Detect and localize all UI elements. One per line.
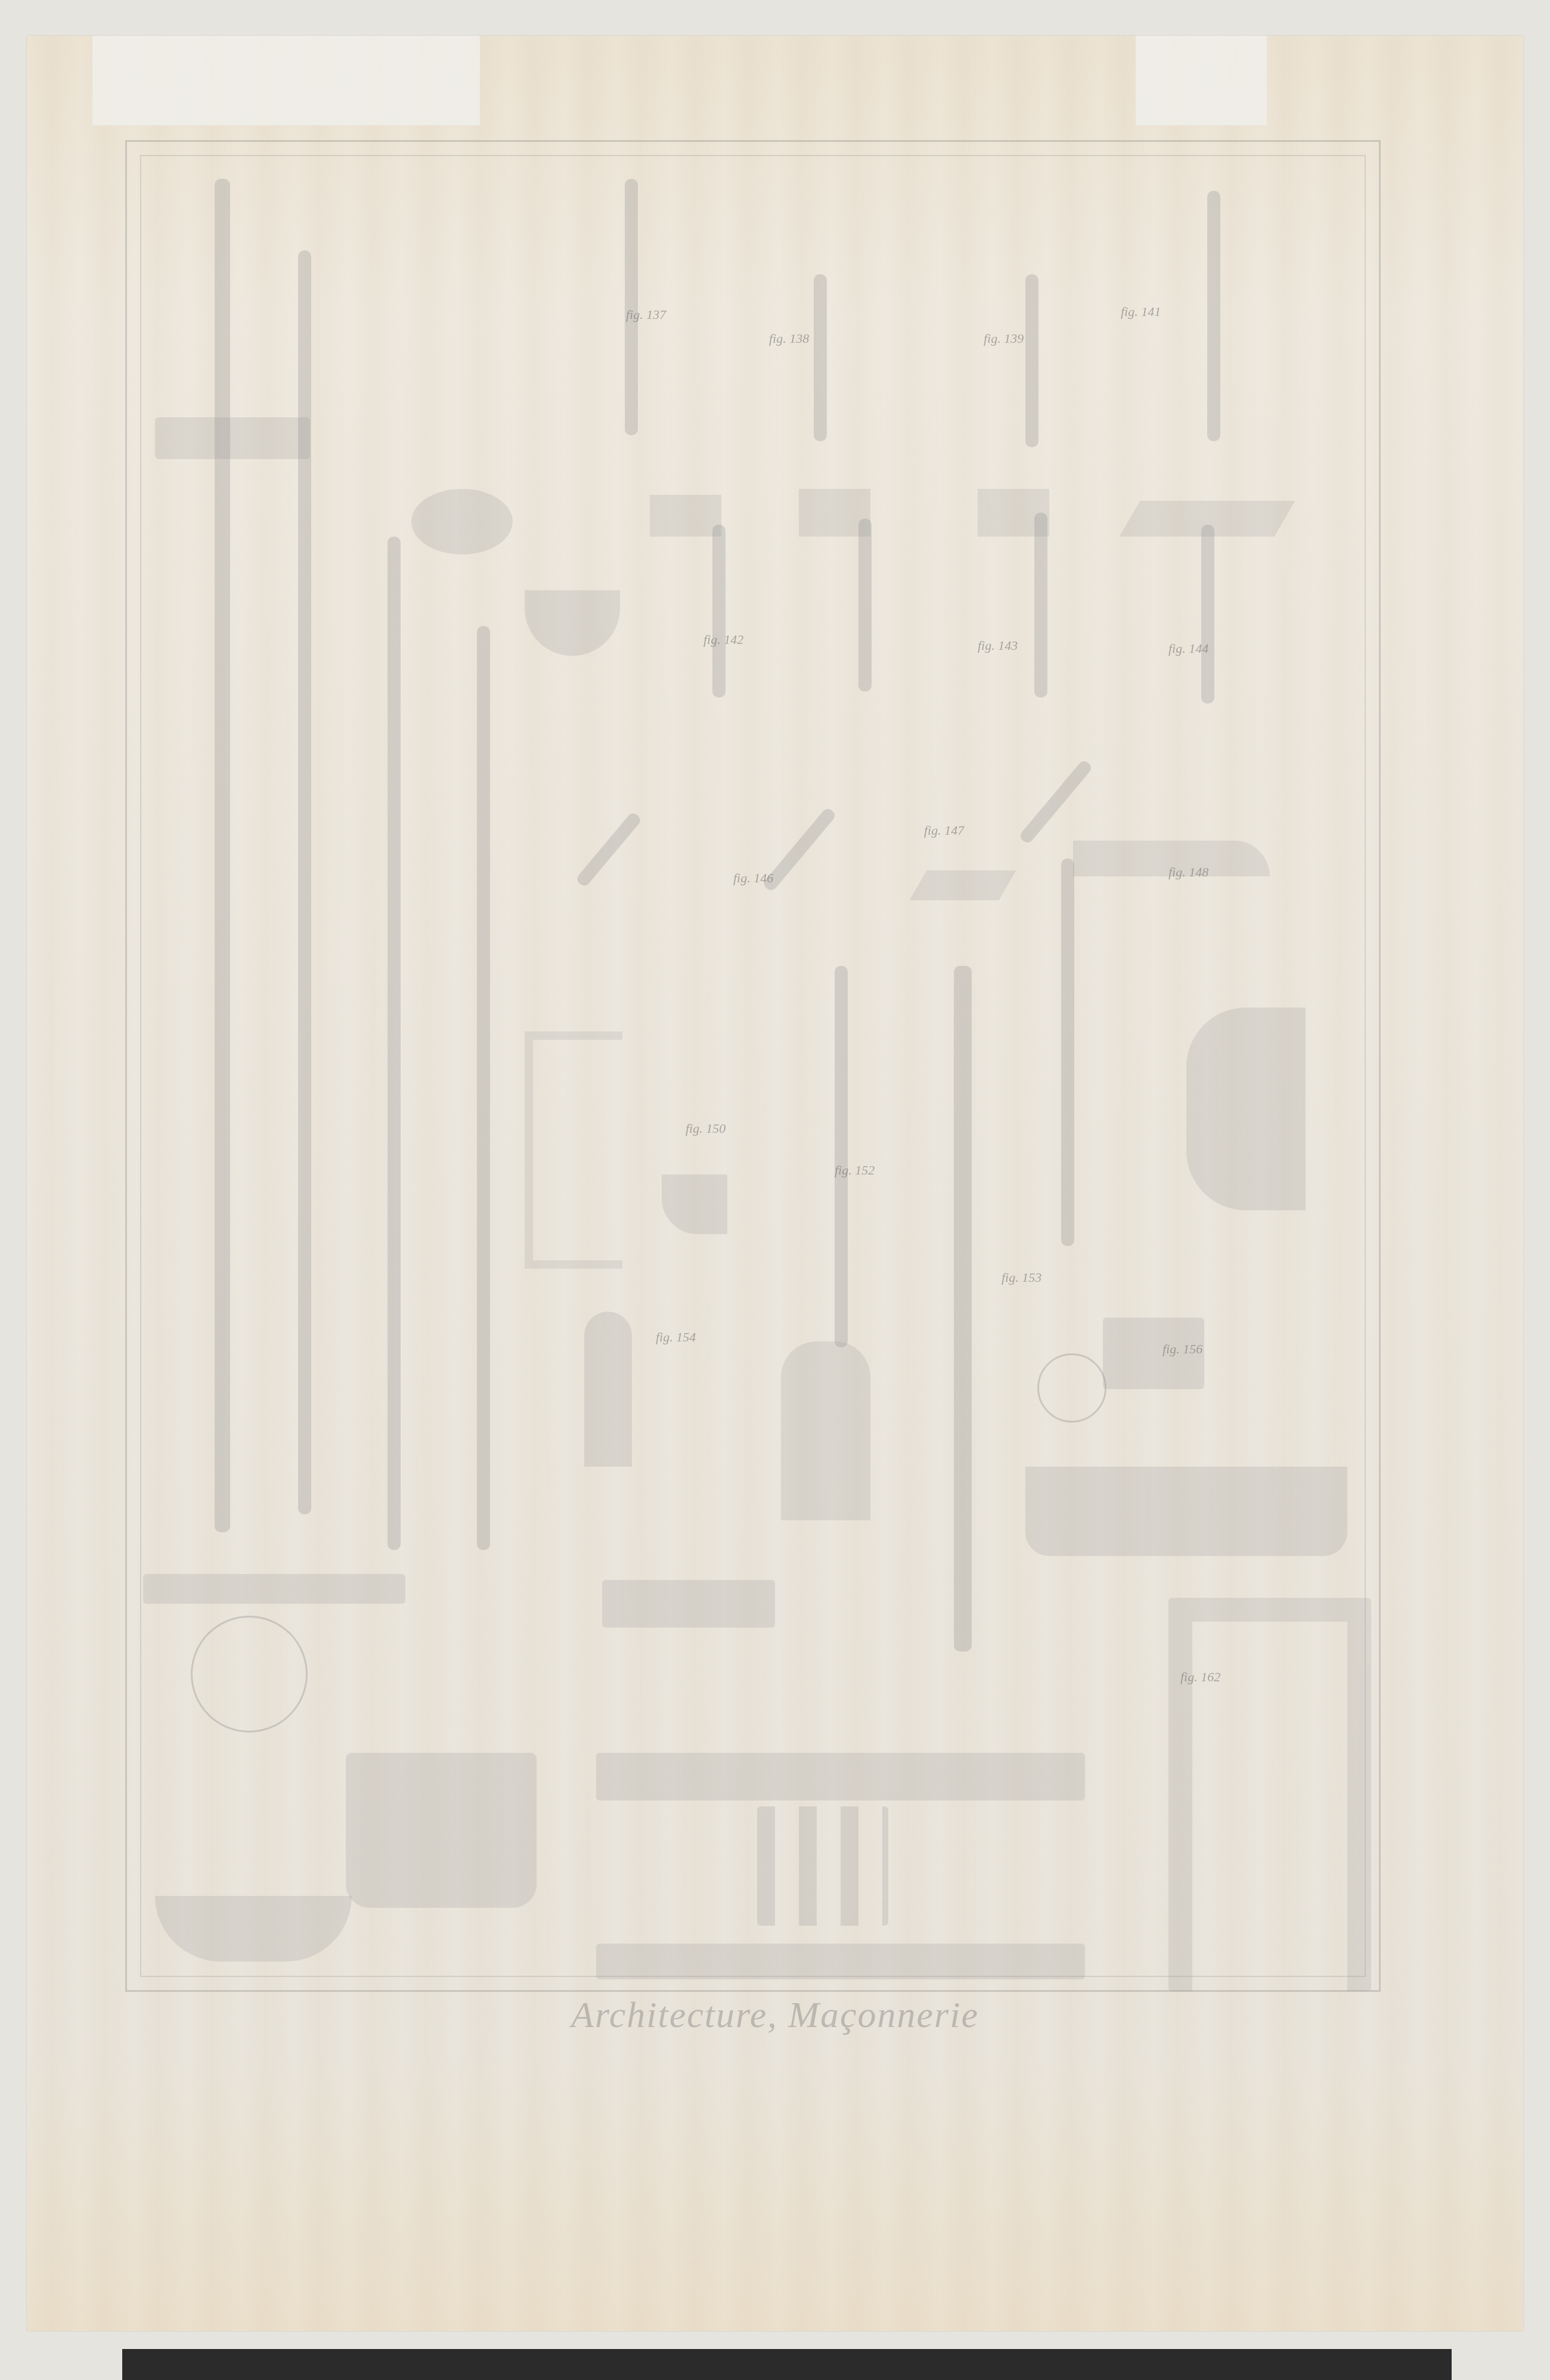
figure-label: fig. 141	[1121, 304, 1161, 320]
tool-trowel-2	[1025, 274, 1038, 447]
tool-axe	[584, 1312, 632, 1467]
tool-door-frame	[1168, 1598, 1371, 1991]
tool-hand-barrow	[596, 1753, 1085, 1801]
tool-hawk-4-handle	[1201, 525, 1214, 704]
figure-label: fig. 156	[1162, 1341, 1202, 1357]
tool-long-rod-3	[477, 626, 490, 1550]
figure-label: fig. 138	[769, 331, 809, 346]
figure-label: fig. 137	[626, 307, 666, 323]
figure-label: fig. 148	[1168, 864, 1208, 880]
cart-wheel	[191, 1616, 308, 1733]
figure-label: fig. 142	[703, 632, 743, 647]
plate-caption: Architecture, Maçonnerie	[0, 1994, 1550, 2037]
figure-label: fig. 152	[835, 1163, 875, 1178]
tool-pickaxe-handle	[1061, 859, 1074, 1246]
figure-label: fig. 147	[924, 823, 964, 838]
tool-hand-barrow-lower	[596, 1944, 1085, 1979]
tool-trowel-flat	[602, 1580, 775, 1628]
tool-hammer-head	[155, 417, 310, 459]
figure-label: fig. 154	[656, 1330, 696, 1345]
figure-label: fig. 153	[1002, 1270, 1041, 1285]
tool-shovel-handle	[835, 966, 848, 1347]
tool-long-rod-1	[298, 250, 311, 1514]
figure-label: fig. 139	[984, 331, 1024, 346]
figure-label: fig. 162	[1180, 1669, 1220, 1685]
tool-mortar-trough	[1025, 1467, 1347, 1556]
tool-trowel-blade	[910, 870, 1016, 900]
figure-label: fig. 150	[686, 1121, 726, 1136]
figure-label: fig. 144	[1168, 641, 1208, 656]
tool-hand-barrow-slats	[757, 1806, 888, 1926]
black-mount-base	[122, 2349, 1452, 2380]
tool-hammer-handle	[215, 179, 230, 1532]
wheelbarrow-wheel	[1037, 1353, 1106, 1423]
tool-mortar-hook	[411, 489, 513, 554]
mounting-tape-right	[1136, 36, 1267, 125]
tool-long-rod-2	[387, 537, 401, 1550]
tool-hawk-1-handle	[712, 525, 726, 698]
figure-label: fig. 146	[733, 870, 773, 886]
tool-hawk-2-handle	[858, 519, 872, 692]
tool-pick	[1207, 191, 1220, 441]
tool-cart-frame	[143, 1574, 405, 1604]
tool-hawk-3-handle	[1034, 513, 1047, 698]
tool-shovel-blade	[781, 1341, 870, 1520]
tool-hawk-1	[650, 495, 721, 537]
tool-clamp	[525, 1031, 622, 1269]
mounting-tape-left	[92, 36, 480, 125]
tool-mortar-tub	[346, 1753, 537, 1908]
figure-label: fig. 143	[978, 638, 1018, 653]
tool-trowel-1	[814, 274, 827, 441]
tool-rammer	[954, 966, 972, 1651]
tool-hod	[1186, 1008, 1306, 1210]
